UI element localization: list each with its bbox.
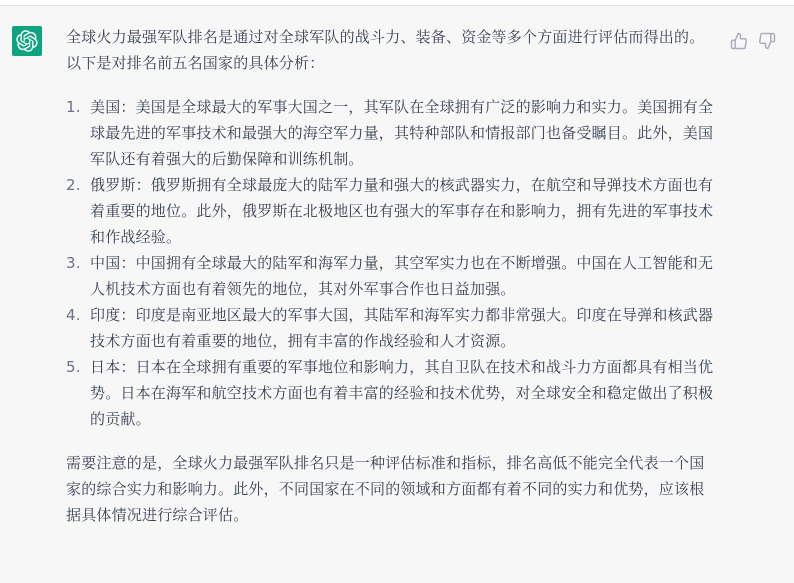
list-item: 4. 印度：印度是南亚地区最大的军事大国，其陆军和海军实力都非常强大。印度在导弹… <box>66 302 718 354</box>
feedback-buttons <box>730 32 776 50</box>
list-item-text: 俄罗斯：俄罗斯拥有全球最庞大的陆军力量和强大的核武器实力，在航空和导弹技术方面也… <box>90 176 713 246</box>
list-number: 5. <box>66 354 81 380</box>
outro-paragraph: 需要注意的是，全球火力最强军队排名只是一种评估标准和指标，排名高低不能完全代表一… <box>66 450 718 528</box>
list-item: 5. 日本：日本在全球拥有重要的军事地位和影响力，其自卫队在技术和战斗力方面都具… <box>66 354 718 432</box>
list-item: 2. 俄罗斯：俄罗斯拥有全球最庞大的陆军力量和强大的核武器实力，在航空和导弹技术… <box>66 172 718 250</box>
list-item-text: 美国：美国是全球最大的军事大国之一，其军队在全球拥有广泛的影响力和实力。美国拥有… <box>90 98 713 168</box>
thumbs-down-button[interactable] <box>758 32 776 50</box>
list-item: 3. 中国：中国拥有全球最大的陆军和海军力量，其空军实力也在不断增强。中国在人工… <box>66 250 718 302</box>
assistant-avatar <box>12 26 42 56</box>
thumbs-up-button[interactable] <box>730 32 748 50</box>
list-item-text: 中国：中国拥有全球最大的陆军和海军力量，其空军实力也在不断增强。中国在人工智能和… <box>90 254 713 298</box>
list-item-text: 印度：印度是南亚地区最大的军事大国，其陆军和海军实力都非常强大。印度在导弹和核武… <box>90 306 713 350</box>
thumbs-down-icon <box>758 32 776 50</box>
intro-paragraph: 全球火力最强军队排名是通过对全球军队的战斗力、装备、资金等多个方面进行评估而得出… <box>66 24 718 76</box>
assistant-message: 全球火力最强军队排名是通过对全球军队的战斗力、装备、资金等多个方面进行评估而得出… <box>0 6 794 583</box>
ranking-list: 1. 美国：美国是全球最大的军事大国之一，其军队在全球拥有广泛的影响力和实力。美… <box>66 94 718 432</box>
list-number: 2. <box>66 172 81 198</box>
openai-logo-icon <box>16 30 38 52</box>
list-item: 1. 美国：美国是全球最大的军事大国之一，其军队在全球拥有广泛的影响力和实力。美… <box>66 94 718 172</box>
list-number: 4. <box>66 302 81 328</box>
list-number: 3. <box>66 250 81 276</box>
list-number: 1. <box>66 94 81 120</box>
message-content: 全球火力最强军队排名是通过对全球军队的战斗力、装备、资金等多个方面进行评估而得出… <box>66 24 718 528</box>
thumbs-up-icon <box>730 32 748 50</box>
list-item-text: 日本：日本在全球拥有重要的军事地位和影响力，其自卫队在技术和战斗力方面都具有相当… <box>90 358 713 428</box>
